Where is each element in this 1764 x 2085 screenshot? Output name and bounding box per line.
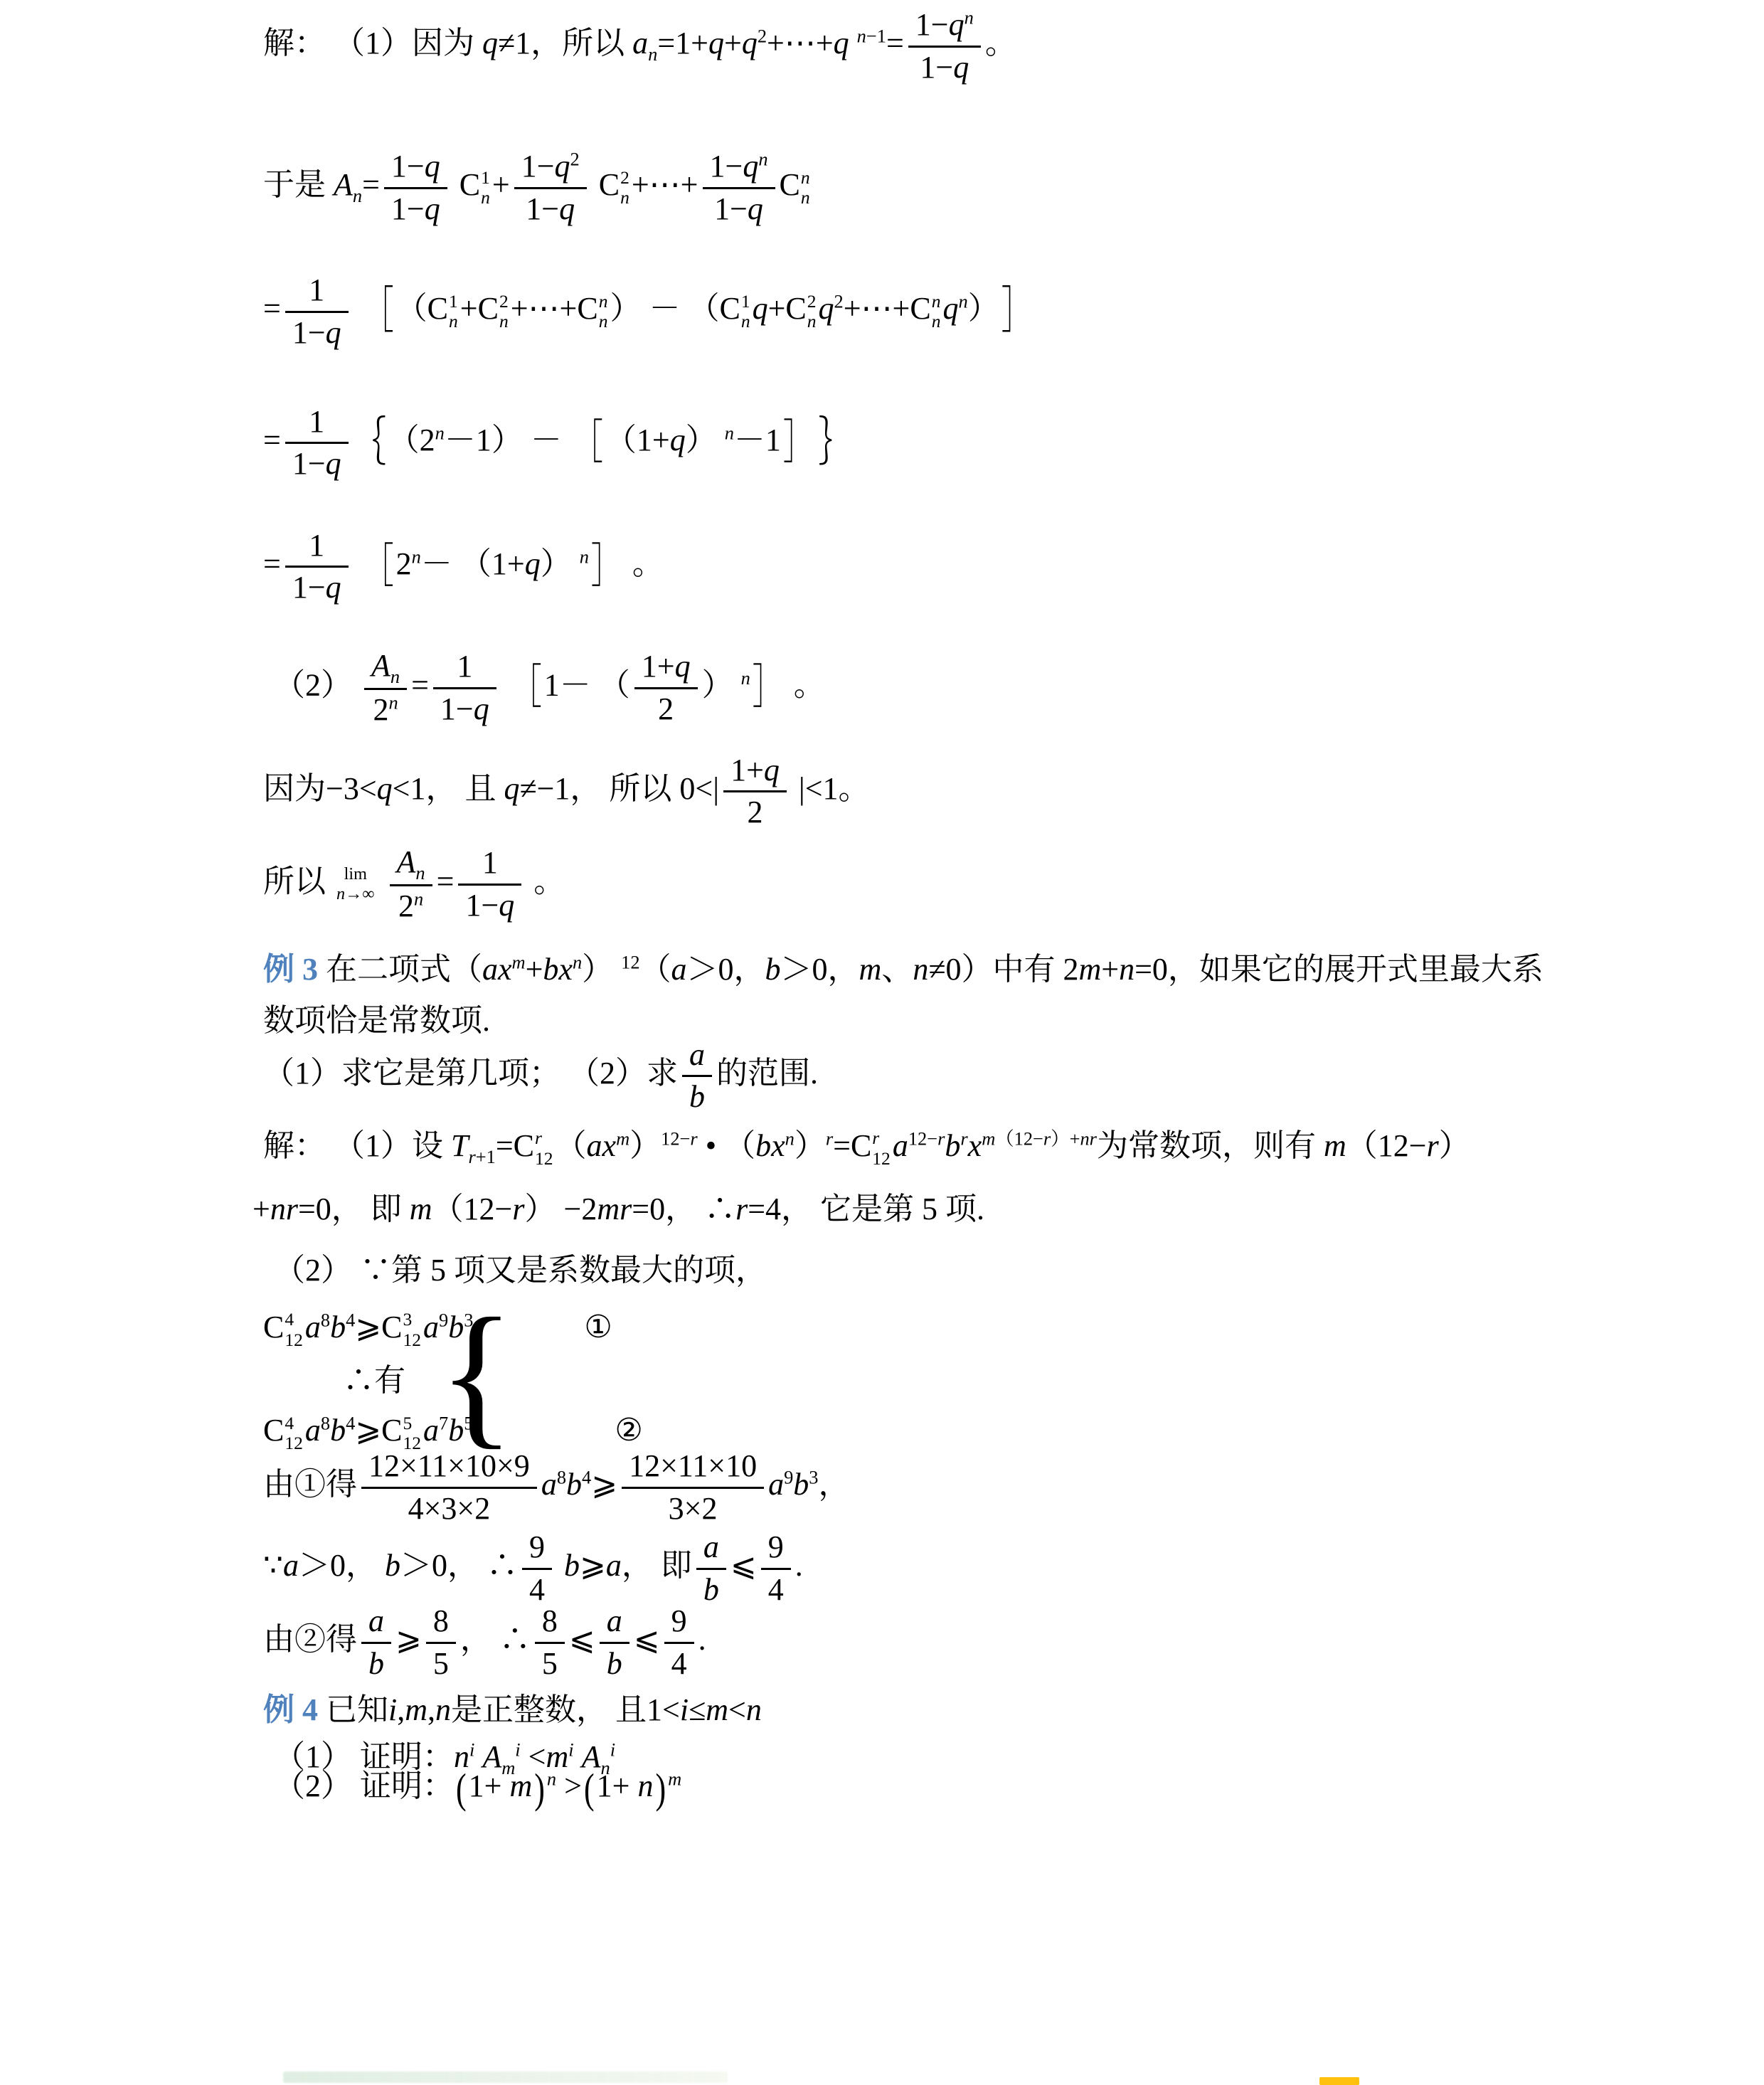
math-var: n (580, 546, 589, 567)
math-var: q (949, 7, 965, 42)
numerator: a (682, 1036, 712, 1076)
text-run: = (263, 423, 281, 457)
subscript: r+1 (468, 1146, 495, 1167)
math-var: q (753, 292, 768, 327)
math-var: n (932, 311, 941, 331)
text-run: <1， 且 (393, 771, 504, 806)
text-run: 1 (309, 404, 324, 439)
math-var: a (632, 26, 648, 60)
text-run: 1 (482, 845, 498, 880)
math-var: b (793, 1467, 809, 1502)
math-var: n (390, 666, 400, 687)
math-var: b (385, 1548, 400, 1583)
text-run: 所以 (263, 864, 334, 898)
fraction: 1+q2 (723, 751, 787, 832)
math-var: b (689, 1079, 705, 1114)
math-var: n (1119, 952, 1135, 987)
numerator: a (600, 1602, 629, 1642)
text-run: < (728, 1692, 746, 1727)
math-var: q (425, 149, 440, 184)
text-run: +C (460, 292, 499, 327)
text-run: 2 (570, 149, 580, 170)
text-run: 12 (535, 1148, 553, 1169)
text-run: － （1+ (421, 546, 525, 581)
superscript: 2 (758, 26, 767, 47)
text-run: 4 (285, 1309, 294, 1330)
tall-bracket: ｛ (355, 405, 386, 481)
denominator: 1−q (913, 48, 976, 87)
fraction: An2n (390, 843, 432, 926)
inequality-system: C412a8b4⩾C312a9b3，①C412a8b4⩾C512a7b5.②∴有… (263, 1301, 1543, 1454)
text-run: 1− (292, 446, 326, 481)
math-var: n (807, 311, 817, 331)
lower-index: n (481, 188, 490, 208)
tall-bracket: ］ (783, 408, 814, 478)
numerator: 9 (522, 1528, 552, 1568)
text-run: 5 (542, 1646, 558, 1681)
math-var: m (706, 1692, 728, 1727)
text-run: 解： （1）因为 (263, 26, 482, 60)
math-var: q (743, 149, 758, 184)
math-var: m (1324, 1128, 1346, 1163)
text-run: + (526, 952, 543, 987)
text-run: 4 (671, 1646, 687, 1681)
upper-index: r (872, 1128, 879, 1149)
lower-index: 12 (872, 1149, 891, 1169)
text-run: 。 (985, 26, 1016, 60)
text-run: +C (768, 292, 807, 327)
text-run (501, 667, 509, 702)
denominator: 2 (651, 689, 681, 729)
upper-index: 1 (449, 292, 458, 312)
lower-index: n (499, 312, 509, 332)
text-run: 1− (292, 315, 326, 350)
superscript: n (741, 667, 750, 689)
text-run: （C (396, 292, 448, 327)
math-var: n (801, 167, 810, 188)
math-var: b (368, 1646, 384, 1681)
text-run: 4×3×2 (408, 1491, 491, 1526)
denominator: b (682, 1077, 712, 1117)
text-run: （12− (432, 1192, 513, 1226)
tall-bracket: ］ (753, 653, 784, 723)
text-run: 由②得 (263, 1622, 357, 1657)
text-run: 2 (499, 291, 509, 312)
denominator: 2n (391, 886, 430, 926)
text-run: ） (702, 667, 741, 702)
math-var: nr (270, 1192, 298, 1226)
numerator: 1−q (384, 147, 447, 187)
stacked-script: nn (801, 168, 810, 208)
text-run: ⩾ (395, 1622, 422, 1657)
upper-index: 2 (620, 168, 629, 189)
text-run: 1+ (642, 649, 675, 684)
stacked-script: 412 (285, 1413, 303, 1454)
text-run: 已知 (326, 1692, 388, 1727)
denominator: 3×2 (661, 1489, 725, 1529)
text-run: （ (556, 1128, 587, 1163)
from-ineq2-line: 由②得ab⩾85， ∴85⩽ab⩽94. (263, 1602, 1543, 1683)
formula-line-braces: =11−q｛（2n－1） － ［（1+q） n－1］｝ (263, 403, 1543, 484)
text-run (353, 292, 361, 327)
math-var: bx (755, 1128, 785, 1163)
math-var: b (566, 1467, 582, 1502)
superscript: 4 (346, 1413, 355, 1434)
numerator: 9 (761, 1528, 791, 1568)
text-run: 2 (373, 692, 388, 727)
stacked-script: 1n (481, 168, 490, 208)
stacked-script: nn (599, 292, 608, 332)
formula-line-expand: =11−q ［（C1n+C2n+⋯+Cnn） － （C1nq+C2nq2+⋯+C… (263, 271, 1543, 352)
superscript: n (414, 888, 423, 909)
denominator: 1−q (458, 886, 521, 925)
numerator: 8 (426, 1602, 456, 1642)
text-run: C (591, 167, 620, 202)
text-run: = (263, 546, 281, 581)
subscript: n (648, 43, 657, 65)
math-var: q (555, 149, 570, 184)
text-run: 1− (292, 570, 326, 605)
math-var: q (326, 315, 341, 350)
text-run: 12 (621, 951, 639, 972)
text-run: 。 (526, 864, 565, 898)
superscript: n (965, 6, 974, 28)
text-run: 1− (391, 149, 425, 184)
math-var: q (670, 423, 686, 457)
numerator: 1 (450, 647, 479, 687)
text-run: 、 (881, 952, 913, 987)
text-run: 8 (542, 1603, 558, 1638)
math-var: n (965, 6, 974, 28)
math-var: b (330, 1310, 346, 1344)
math-var: n (857, 26, 866, 47)
math-var: b (564, 1548, 580, 1583)
text-run: , (397, 1692, 405, 1727)
superscript: 8 (321, 1309, 330, 1330)
math-var: q (326, 570, 341, 605)
example3-solution-line1: 解： （1）设 Tr+1=Cr12（axm）12−r • （bxn）r=Cr12… (263, 1120, 1543, 1172)
math-var: r (1043, 1128, 1051, 1149)
text-run: 8 (321, 1309, 330, 1330)
superscript: r (960, 1128, 967, 1149)
fraction: 11−q (433, 647, 496, 728)
math-var: q (742, 26, 758, 60)
text-run: 1+ (597, 1768, 638, 1803)
tall-bracket: ) (655, 1758, 666, 1821)
lower-index: n (449, 312, 458, 332)
math-var: q (942, 292, 958, 327)
math-var: q (377, 771, 393, 806)
lower-index: n (599, 312, 608, 332)
superscript: 3 (809, 1466, 818, 1487)
solution-line-1: 解： （1）因为 q≠1，所以 an=1+q+q2+⋯+q n−1=1−qn1−… (263, 6, 1543, 87)
text-run: ⩽ (569, 1622, 595, 1657)
math-var: mr (597, 1192, 632, 1226)
math-var: T (451, 1128, 468, 1163)
math-var: n (648, 43, 657, 65)
lower-index: n (801, 188, 810, 208)
text-run: （1）求它是第几项； （2）求 (263, 1056, 678, 1091)
text-run: 4 (768, 1572, 784, 1607)
upper-index: 1 (741, 292, 750, 312)
text-run: 4 (285, 1413, 294, 1433)
text-run: + (253, 1192, 270, 1226)
equation-tag: ① (584, 1309, 612, 1345)
text-run: . (698, 1622, 706, 1657)
text-run: ， ∴ (460, 1622, 531, 1657)
math-var: n (435, 422, 445, 443)
text-run: • （ (698, 1128, 755, 1163)
example3-statement: 例 3 在二项式（axm+bxn） 12（a＞0，b＞0，m、n≠0）中有 2m… (263, 944, 1543, 1046)
fraction: ab (600, 1602, 629, 1683)
math-var: r (937, 1128, 945, 1149)
text-run (556, 1548, 564, 1583)
fraction: 1−qn1−q (908, 6, 981, 87)
superscript: 2 (834, 291, 844, 312)
denominator: 4 (664, 1644, 694, 1684)
text-run (353, 546, 361, 581)
text-run: +1 (476, 1146, 496, 1167)
math-var: m (616, 1128, 629, 1149)
math-var: q (504, 771, 519, 806)
text-run: 于是 (263, 167, 334, 202)
math-var: x (968, 1128, 982, 1163)
text-run: ＞0， (781, 952, 859, 987)
text-run: = (886, 26, 904, 60)
stacked-script: 2n (807, 292, 817, 332)
text-run: ） (582, 952, 621, 987)
fraction: 94 (761, 1528, 791, 1609)
denominator: 4 (761, 1570, 791, 1610)
math-var: r (512, 1192, 524, 1226)
text-run (378, 864, 386, 898)
tall-bracket: ［ (363, 531, 394, 602)
math-var: n (353, 185, 362, 206)
math-var: i (388, 1692, 397, 1727)
stacked-script: 2n (499, 292, 509, 332)
math-var: a (689, 1037, 705, 1072)
stacked-script: nn (932, 292, 941, 332)
text-run: 是正整数， 且1< (451, 1692, 680, 1727)
text-run: 1− (526, 191, 559, 226)
text-run: （12− (1346, 1128, 1427, 1163)
fraction: 11−q (285, 526, 349, 608)
system-label: ∴有 (343, 1354, 405, 1400)
denominator: 1−q (519, 189, 582, 229)
text-run: ≤ (689, 1692, 706, 1727)
stacked-script: 1n (449, 292, 458, 332)
text-run: ⩽ (730, 1548, 757, 1583)
limit-operator: limn→∞ (336, 864, 375, 904)
text-run: 2 (834, 291, 844, 312)
text-run: 1 (457, 649, 472, 684)
example4-q2: （2） 证明：(1+ m)n >(1+ n)m (274, 1763, 1543, 1813)
upper-index: n (801, 168, 810, 189)
text-run: （2） ∵第 5 项又是系数最大的项， (274, 1253, 767, 1288)
text-run: 1− (465, 888, 499, 923)
math-var: n (499, 311, 509, 331)
deduction-line: ∵a＞0， b＞0， ∴94 b⩾a， 即ab⩽94. (263, 1528, 1543, 1609)
text-run: 1 (449, 291, 458, 312)
math-var: nr (1080, 1128, 1096, 1149)
math-var: ax (482, 952, 512, 987)
superscript: n (958, 291, 967, 312)
text-run: 1− (714, 191, 748, 226)
math-var: q (819, 292, 834, 327)
text-run: 12 (403, 1330, 422, 1350)
upper-index: 2 (807, 292, 817, 312)
lower-index: n (620, 188, 629, 208)
math-var: b (765, 952, 781, 987)
denominator: 2 (740, 792, 770, 832)
denominator: 1−q (707, 189, 770, 229)
condition-line: 因为−3<q<1， 且 q≠−1， 所以 0<|1+q2 |<1。 (263, 751, 1543, 832)
upper-index: 1 (481, 168, 490, 189)
math-var: n (412, 546, 421, 567)
math-var: q (708, 26, 724, 60)
lower-index: n (807, 312, 817, 332)
text-run: 因为−3< (263, 771, 377, 806)
equation-tag: ② (615, 1412, 642, 1448)
lower-index: n (932, 312, 941, 332)
numerator: 8 (535, 1602, 565, 1642)
example4-statement: 例 4 已知i,m,n是正整数， 且1<i≤m<n (263, 1687, 1543, 1734)
limit-word: lim (344, 864, 367, 884)
text-run: 2 (807, 291, 817, 312)
math-var: a (607, 1603, 622, 1638)
math-var: q (834, 26, 849, 60)
superscript: m (512, 951, 526, 972)
text-run: 9 (529, 1529, 545, 1564)
superscript: n (435, 422, 445, 443)
text-run: ） (795, 1128, 826, 1163)
math-var: n (547, 1768, 556, 1790)
text-run: 12 (285, 1330, 303, 1350)
tall-bracket: ［ (363, 275, 394, 350)
superscript: i (610, 1739, 615, 1761)
subscript: n (415, 862, 425, 884)
text-run: C (263, 1310, 284, 1344)
superscript: i (568, 1739, 573, 1761)
math-var: n (573, 951, 582, 972)
text-run: 4 (346, 1309, 355, 1330)
text-run: 12 (285, 1433, 303, 1453)
math-var: m (405, 1692, 427, 1727)
superscript: n−1 (857, 26, 886, 47)
numerator: 1 (302, 271, 331, 311)
text-run: > (556, 1768, 582, 1803)
superscript: m (616, 1128, 629, 1149)
math-var: q (474, 691, 489, 726)
tall-bracket: ］ (1001, 275, 1033, 350)
text-run: = (362, 167, 380, 202)
denominator: 1−q (285, 444, 349, 484)
superscript: n (758, 149, 767, 170)
math-var: n (741, 667, 750, 689)
math-var: n (336, 884, 345, 903)
numerator: 1−qn (703, 147, 775, 187)
math-var: m (1078, 952, 1101, 987)
text-run: 9 (784, 1466, 793, 1487)
superscript: n (573, 951, 582, 972)
denominator: 2n (366, 690, 405, 730)
numerator: a (361, 1602, 391, 1642)
math-var: A (397, 844, 416, 879)
text-run: ⩾C (355, 1310, 402, 1344)
denominator: 4×3×2 (401, 1489, 498, 1529)
text-run: +⋯+C (511, 292, 598, 327)
text-run: ） － （C (610, 292, 740, 327)
subscript: n (353, 185, 362, 206)
math-var: i (515, 1739, 520, 1761)
math-var: n (415, 862, 425, 884)
math-var: q (559, 191, 575, 226)
text-run: =1+ (657, 26, 708, 60)
superscript: n (547, 1768, 556, 1790)
text-run: ＞0， ∴ (400, 1548, 518, 1583)
watermark-strip (283, 2071, 728, 2083)
text-run: ， (819, 1467, 850, 1502)
lower-index: n (741, 312, 750, 332)
math-var: n (481, 187, 490, 208)
math-var: a (305, 1413, 321, 1448)
text-run: ⩾ (591, 1467, 617, 1502)
math-var: i (568, 1739, 573, 1761)
math-var: a (671, 952, 687, 987)
denominator: 1−q (384, 189, 447, 229)
math-var: a (703, 1529, 719, 1564)
math-var: n (913, 952, 928, 987)
text-run: C (452, 167, 480, 202)
math-var: a (423, 1413, 439, 1448)
fraction: ab (696, 1528, 726, 1609)
text-run: 2 (396, 546, 412, 581)
text-run: （2 (388, 423, 435, 457)
text-run: 1 (309, 528, 324, 563)
math-var: n (414, 888, 423, 909)
text-run: →∞ (345, 884, 374, 903)
text-run: 1− (440, 691, 474, 726)
math-var: a (283, 1548, 299, 1583)
tall-bracket: ) (534, 1758, 545, 1821)
tall-bracket: ( (456, 1758, 467, 1821)
math-var: a (368, 1603, 384, 1638)
math-var: m (668, 1768, 681, 1790)
fraction: 94 (522, 1528, 552, 1609)
math-var: q (525, 546, 541, 581)
text-run: 1－ （ (544, 667, 630, 702)
stacked-script: 312 (403, 1310, 422, 1350)
text-run: 3×2 (669, 1491, 718, 1526)
example3-solution-line2: +nr=0， 即 m（12−r） −2mr=0， ∴r=4， 它是第 5 项. (253, 1186, 1543, 1233)
text-run: 12− (661, 1128, 690, 1149)
math-var: a (768, 1467, 784, 1502)
superscript: 2 (570, 149, 580, 170)
text-run: 。 (625, 546, 664, 581)
math-var: n (741, 311, 750, 331)
fraction: 1−qn1−q (703, 147, 775, 228)
math-var: r (1427, 1128, 1439, 1163)
text-run: =C (496, 1128, 534, 1163)
math-var: n (599, 291, 608, 312)
fraction: 1−q21−q (514, 147, 587, 228)
text-run: （2） (274, 667, 360, 702)
text-run: ）+ (1051, 1128, 1080, 1149)
text-run: +⋯+ (767, 26, 834, 60)
math-var: a (893, 1128, 908, 1163)
numerator: 1 (302, 403, 331, 442)
fraction: 85 (535, 1602, 565, 1683)
